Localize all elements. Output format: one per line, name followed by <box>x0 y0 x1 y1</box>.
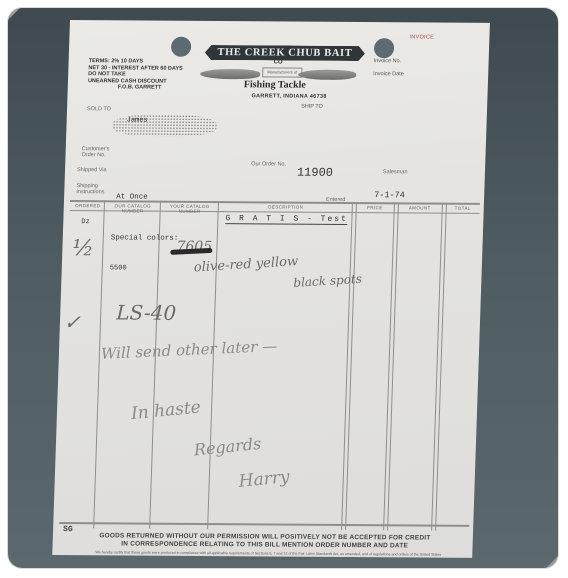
column-divider <box>149 201 161 529</box>
company-name-banner: THE CREEK CHUB BAIT <box>205 45 365 61</box>
invoice-date-label: Invoice Date <box>373 71 404 77</box>
catalog-number: 5500 <box>110 264 127 272</box>
invoice-tag: INVOICE <box>409 34 434 40</box>
handwritten-signature: Harry <box>238 467 290 492</box>
footer-fine-print: We hereby certify that these goods were … <box>88 550 448 562</box>
footer-notice: GOODS RETURNED WITHOUT OUR PERMISSION WI… <box>95 532 435 549</box>
handwritten-note: In haste <box>130 397 201 424</box>
column-header: DESCRIPTION <box>220 204 352 210</box>
column-divider <box>431 203 447 531</box>
frame-corner <box>8 8 20 20</box>
product-title: Fishing Tackle <box>244 79 306 90</box>
line-items-table: ORDERED OUR CATALOG NUMBER YOUR CATALOG … <box>59 200 480 531</box>
description-header: G R A T I S - Test <box>225 214 348 225</box>
shipping-instructions-label: Shipping Instructions <box>76 183 112 195</box>
initials: SG <box>63 525 73 534</box>
frame-corner <box>546 556 558 568</box>
handwritten-item: LS-40 <box>116 300 177 324</box>
fish-icon <box>298 70 356 80</box>
handwritten-description: olive-red yellow <box>194 254 299 276</box>
column-header: AMOUNT <box>398 205 442 210</box>
salesman-label: Salesman <box>383 169 408 175</box>
handwritten-quantity: ½ <box>72 236 94 261</box>
column-header: TOTAL <box>446 206 480 211</box>
company-co: CO <box>273 59 282 65</box>
company-address: GARRETT, INDIANA 46738 <box>251 93 326 100</box>
punch-hole <box>374 38 395 58</box>
customer-order-label: Customer's Order No. <box>81 146 115 158</box>
photo-frame: INVOICE TERMS: 2% 10 DAYS NET 30 - INTER… <box>8 8 558 568</box>
our-order-label: Our Order No. <box>251 161 286 167</box>
handwritten-closing: Regards <box>193 434 262 459</box>
shipped-via-label: Shipped Via <box>77 167 107 173</box>
checkmark-icon: ✓ <box>64 310 82 334</box>
special-colors-label: Special colors: <box>111 234 179 242</box>
payment-terms: TERMS: 2% 10 DAYS NET 30 - INTEREST AFTE… <box>88 58 209 91</box>
our-order-number: 11900 <box>297 166 333 180</box>
sold-to-name: James <box>127 116 148 124</box>
column-divider <box>383 202 399 530</box>
column-divider <box>93 200 105 528</box>
terms-line: F.O.B. GARRETT <box>88 84 208 91</box>
column-header: OUR CATALOG NUMBER <box>108 203 158 213</box>
ship-to-label: SHIP TO <box>301 104 323 110</box>
tagline-box: Manufacturers of <box>262 67 302 77</box>
fish-icon <box>200 69 260 79</box>
invoice-paper: INVOICE TERMS: 2% 10 DAYS NET 30 - INTER… <box>52 20 490 558</box>
column-header: YOUR CATALOG NUMBER <box>164 204 216 214</box>
sold-to-label: SOLD TO <box>87 106 111 112</box>
invoice-no-label: Invoice No. <box>374 58 402 64</box>
punch-hole <box>171 37 192 57</box>
ordered-unit: Dz <box>81 218 90 226</box>
table-rule <box>59 522 469 527</box>
column-divider <box>341 202 357 530</box>
column-header: PRICE <box>355 205 395 210</box>
entered-date: 7-1-74 <box>374 190 405 200</box>
column-header: ORDERED <box>72 203 104 208</box>
handwritten-note: Will send other later — <box>101 337 277 363</box>
